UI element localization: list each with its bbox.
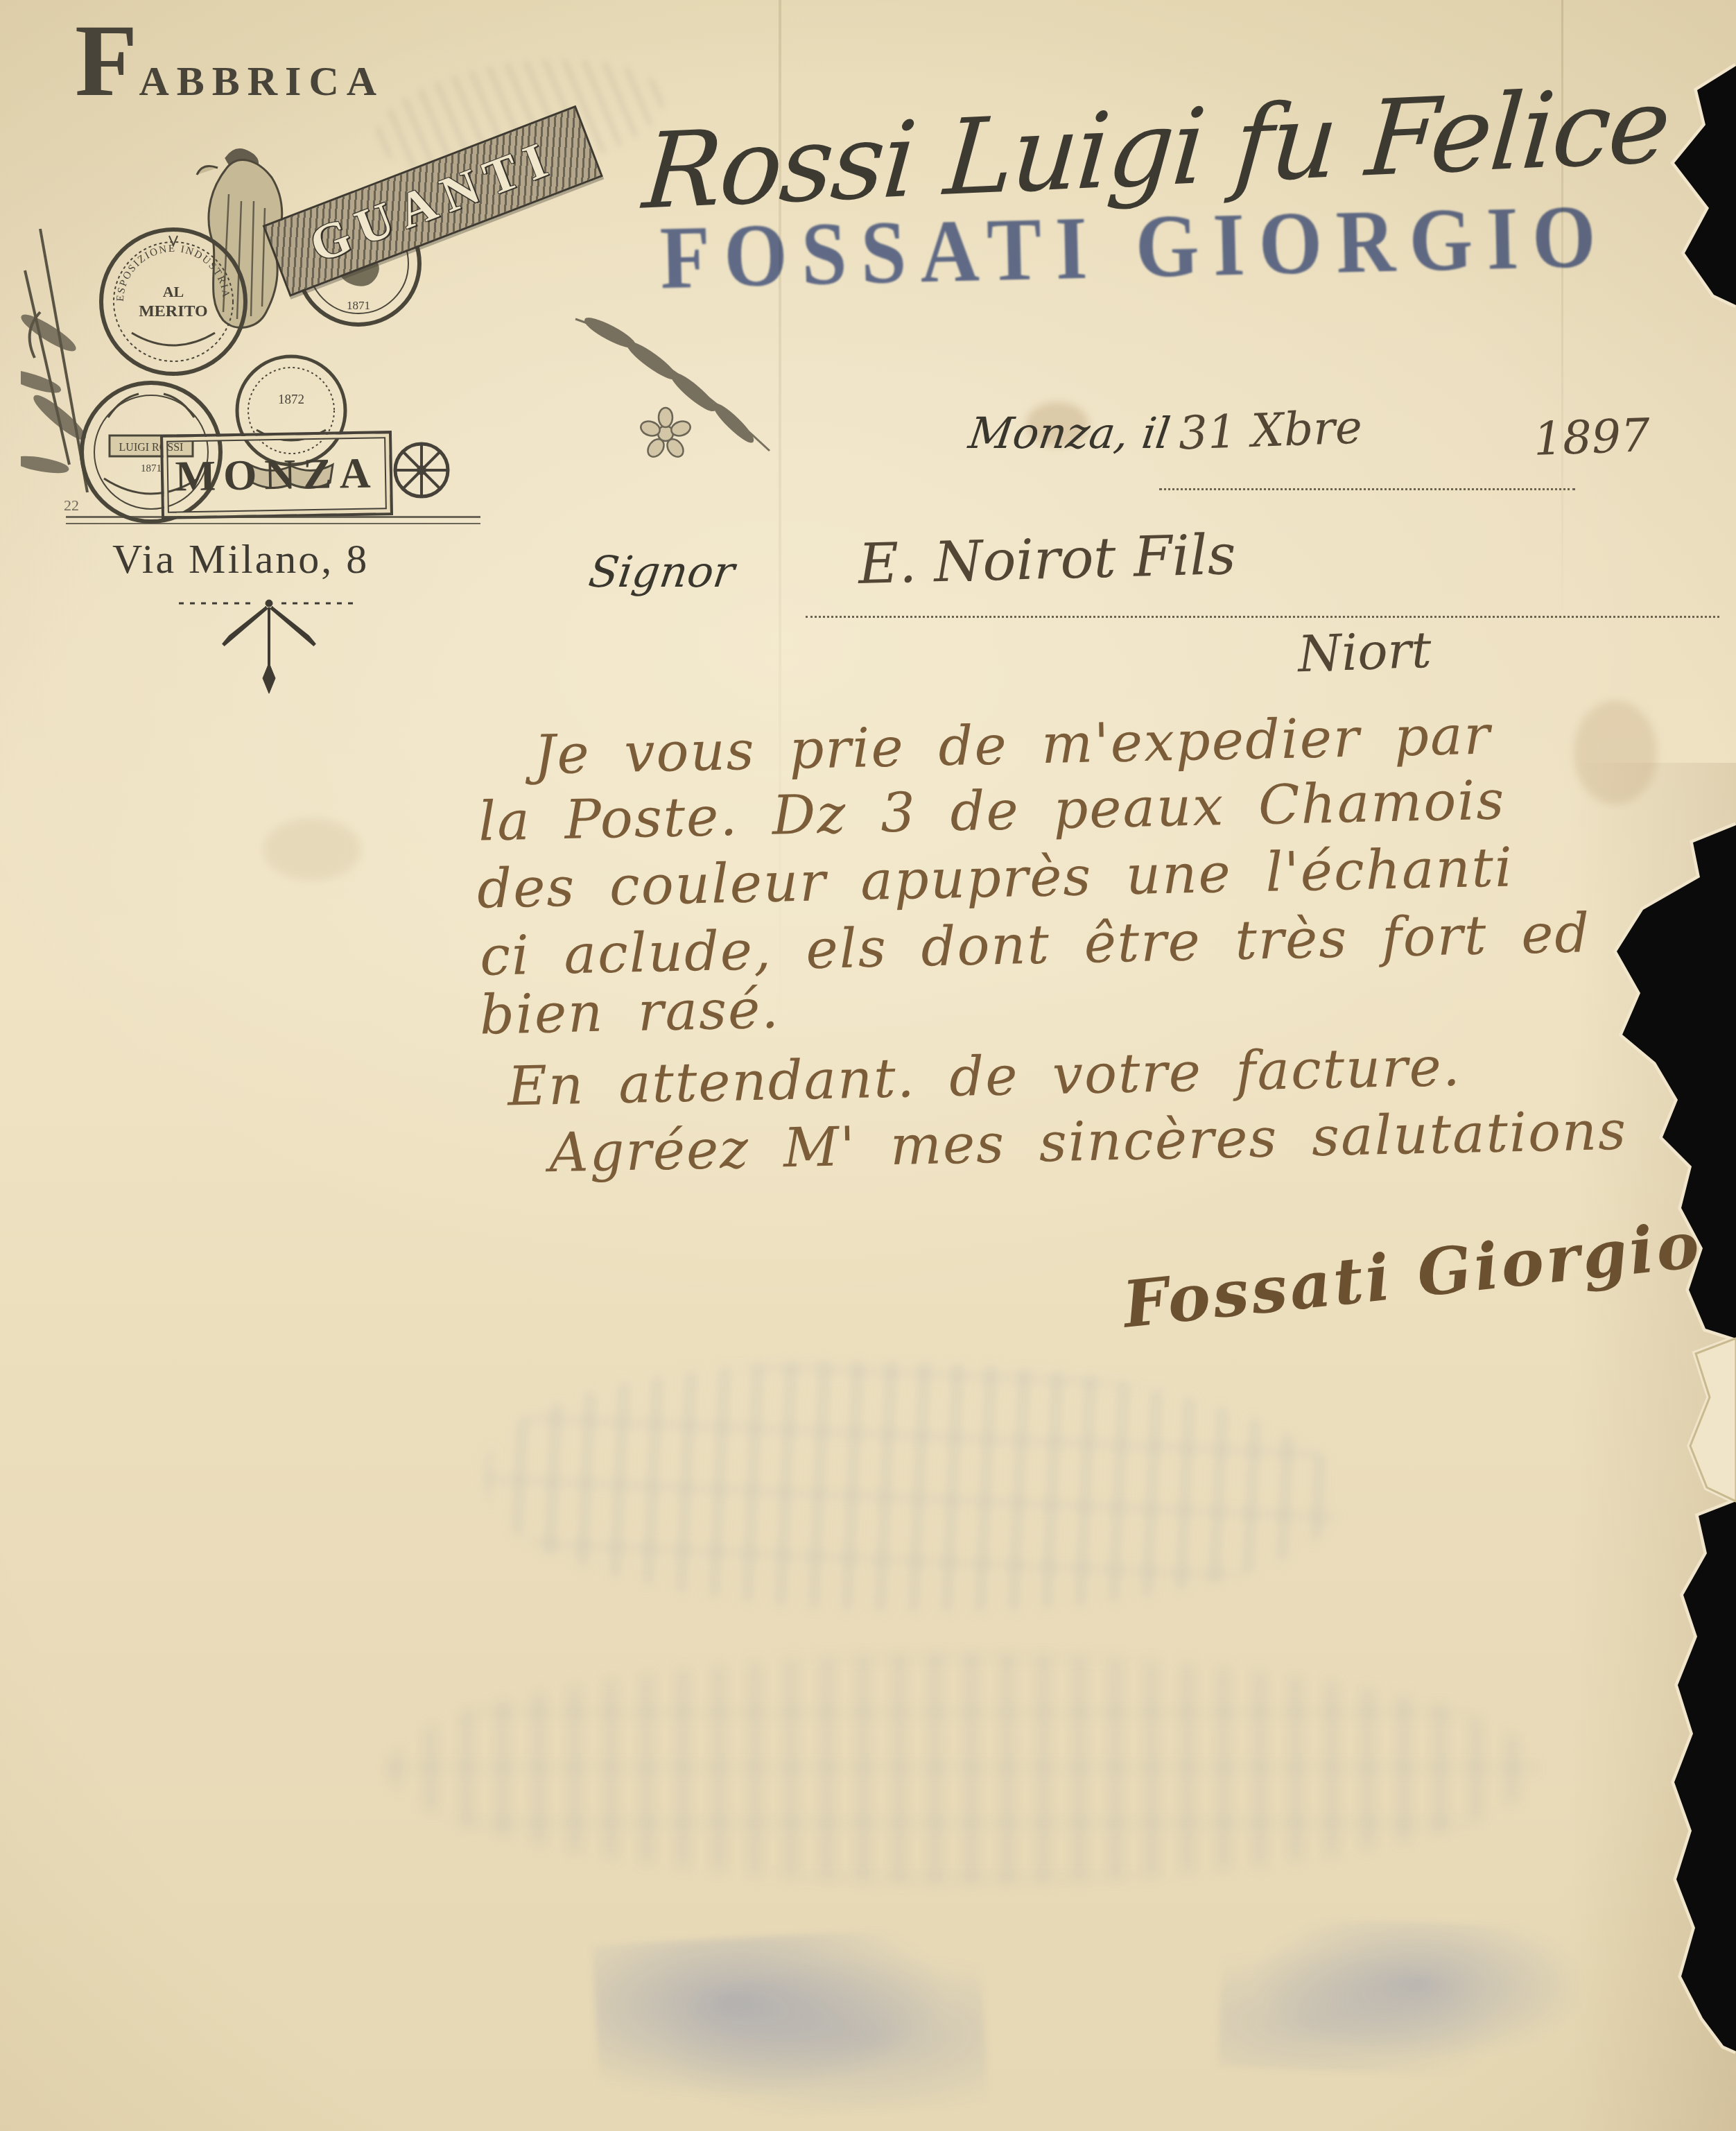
monza-box: MONZA bbox=[160, 431, 393, 519]
svg-text:1872: 1872 bbox=[278, 392, 304, 407]
bleedthrough-text-upper bbox=[484, 1358, 1346, 1617]
dateline-day-month: 31 Xbre bbox=[1178, 400, 1363, 460]
tear-top-right bbox=[1674, 66, 1736, 305]
addressee-salutation: Signor bbox=[586, 546, 738, 597]
svg-text:ESPOSIZIONE INDUSTRIALE ITALIA: ESPOSIZIONE INDUSTRIALE ITALIANA bbox=[21, 104, 232, 302]
street-address: Via Milano, 8 bbox=[112, 535, 369, 583]
edge-shading bbox=[1570, 763, 1736, 2131]
letterhead-rule bbox=[66, 516, 480, 524]
compass-flourish-icon bbox=[179, 595, 359, 696]
laurel-foliage-icon bbox=[562, 291, 790, 472]
dateline-year: 1897 bbox=[1533, 408, 1651, 466]
svg-text:1871: 1871 bbox=[347, 299, 370, 312]
svg-text:MERITO: MERITO bbox=[139, 302, 208, 320]
overprint-stamp: FOSSATI GIORGIO bbox=[659, 184, 1611, 310]
flower-icon bbox=[639, 408, 693, 460]
plate-number: 22 bbox=[64, 497, 79, 515]
addressee-city: Niort bbox=[1297, 621, 1433, 684]
svg-text:1871: 1871 bbox=[141, 463, 162, 474]
addressee-dotted-rule bbox=[806, 613, 1719, 618]
city-label: MONZA bbox=[175, 449, 379, 501]
svg-text:AL: AL bbox=[163, 283, 184, 300]
bleedthrough-blue-stamp-2 bbox=[1217, 1915, 1583, 2080]
dateline-dotted-rule bbox=[1159, 485, 1575, 490]
paper-stain-2 bbox=[263, 818, 361, 881]
body-line: bien rasé. bbox=[479, 978, 781, 1046]
wheel-ornament-icon bbox=[388, 437, 455, 503]
addressee-name: E. Noirot Fils bbox=[858, 522, 1237, 596]
letter-scan: FABBRICA Di bbox=[0, 0, 1736, 2131]
bleedthrough-text-lower bbox=[388, 1654, 1539, 1883]
letterhead-title: FABBRICA bbox=[75, 31, 384, 105]
bamboo-branch-icon bbox=[21, 229, 88, 492]
dateline-place: Monza, il bbox=[966, 408, 1174, 458]
bleedthrough-blue-stamp bbox=[592, 1925, 989, 2125]
